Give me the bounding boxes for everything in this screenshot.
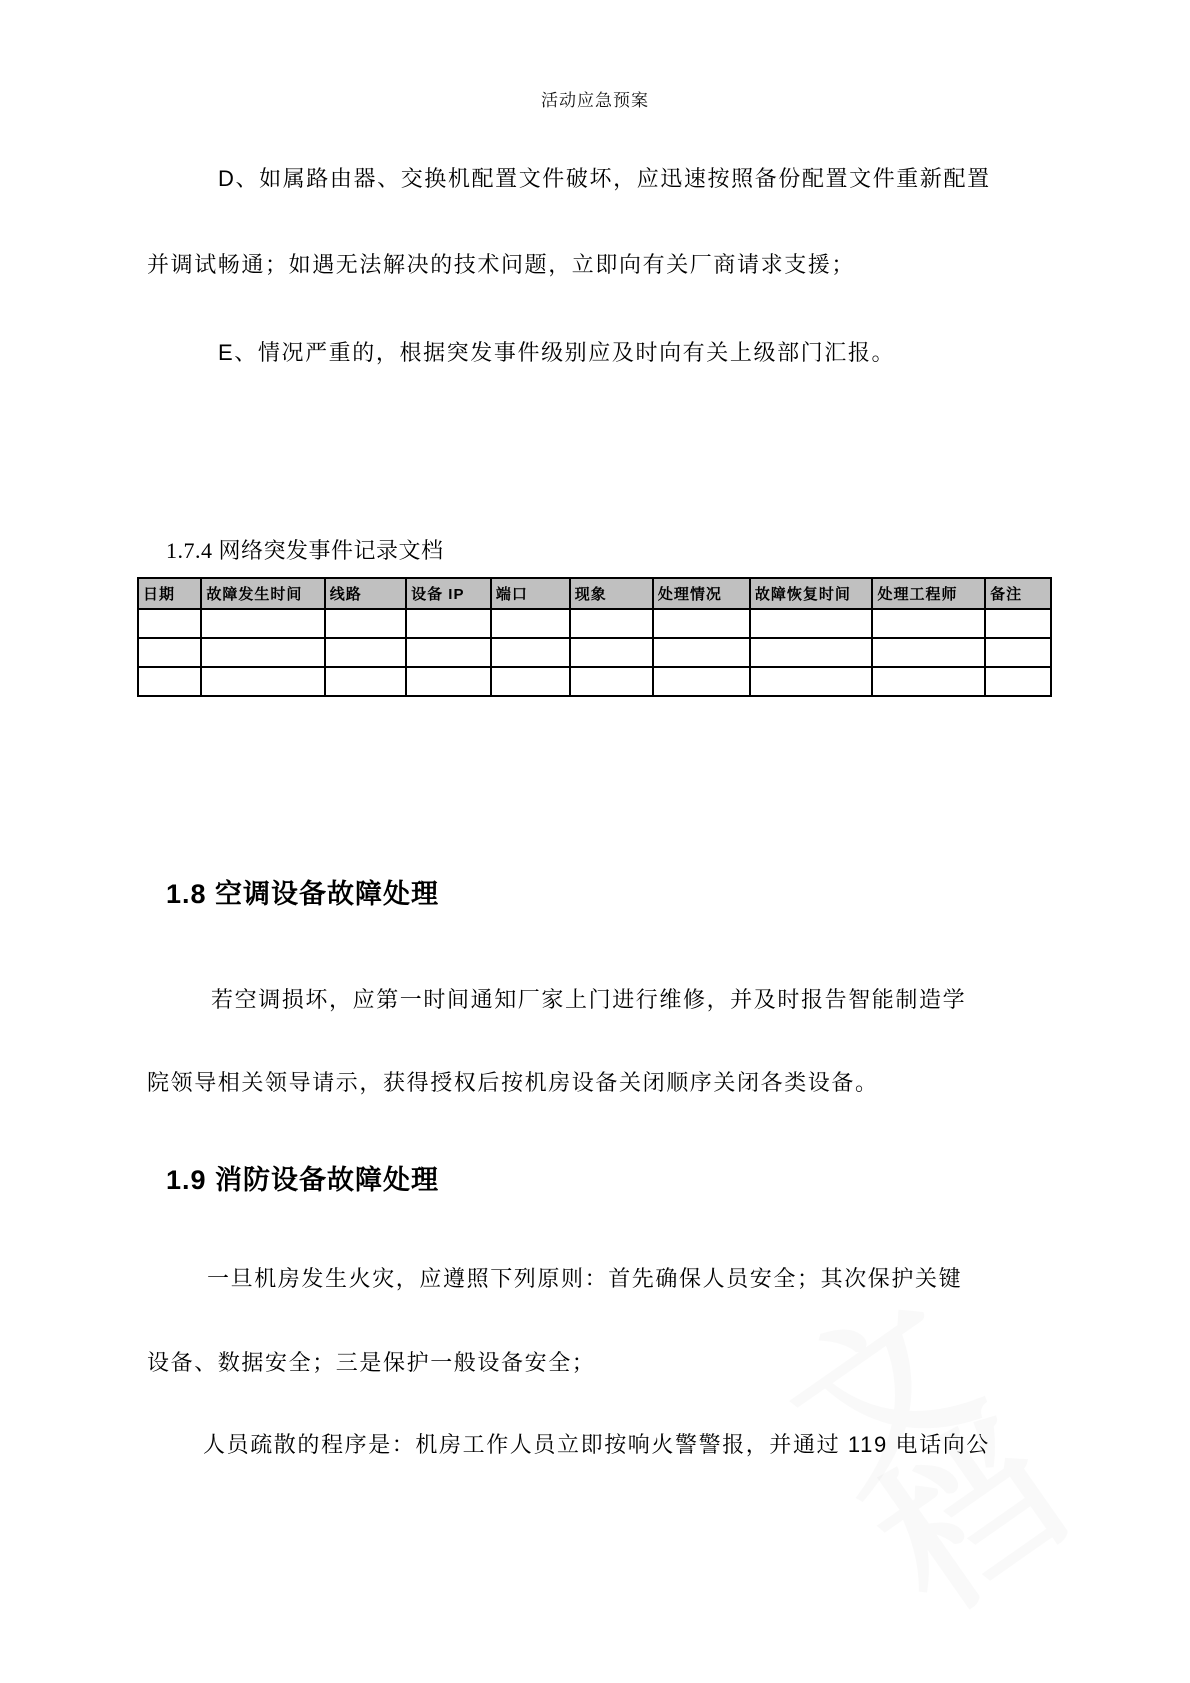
incident-empty-cell (872, 667, 985, 696)
section-1-8-line2: 院领导相关领导请示，获得授权后按机房设备关闭顺序关闭各类设备。 (147, 1066, 879, 1097)
incident-empty-cell (570, 667, 653, 696)
section-1-9-line3: 人员疏散的程序是：机房工作人员立即按响火警警报，并通过 119 电话向公 (203, 1428, 990, 1459)
incident-table-header-row: 日期故障发生时间线路设备 IP端口现象处理情况故障恢复时间处理工程师备注 (138, 578, 1051, 609)
incident-empty-cell (201, 667, 324, 696)
incident-empty-cell (491, 667, 570, 696)
incident-empty-cell (325, 667, 406, 696)
incident-empty-cell (985, 667, 1051, 696)
incident-empty-cell (406, 667, 491, 696)
incident-empty-cell (985, 638, 1051, 667)
incident-col-header: 处理工程师 (872, 578, 985, 609)
paragraph-d-line1: D、如属路由器、交换机配置文件破坏，应迅速按照备份配置文件重新配置 (218, 162, 991, 193)
incident-empty-cell (138, 667, 201, 696)
incident-col-header: 日期 (138, 578, 201, 609)
incident-empty-cell (201, 609, 324, 638)
incident-empty-cell (138, 638, 201, 667)
section-1-8-line1: 若空调损坏，应第一时间通知厂家上门进行维修，并及时报告智能制造学 (211, 983, 966, 1014)
incident-empty-cell (872, 638, 985, 667)
incident-empty-cell (653, 667, 750, 696)
incident-col-header: 现象 (570, 578, 653, 609)
incident-col-header: 故障恢复时间 (750, 578, 873, 609)
incident-empty-cell (750, 667, 873, 696)
incident-empty-row (138, 638, 1051, 667)
incident-empty-cell (406, 609, 491, 638)
incident-col-header: 故障发生时间 (201, 578, 324, 609)
paragraph-d-line2: 并调试畅通；如遇无法解决的技术问题，立即向有关厂商请求支援； (147, 248, 855, 279)
incident-empty-cell (750, 609, 873, 638)
section-1-9-title: 1.9 消防设备故障处理 (166, 1158, 439, 1197)
section-1-8-title: 1.8 空调设备故障处理 (166, 872, 439, 911)
incident-empty-row (138, 609, 1051, 638)
incident-empty-cell (491, 609, 570, 638)
incident-empty-cell (325, 609, 406, 638)
incident-empty-cell (138, 609, 201, 638)
section-1-9-line1: 一旦机房发生火灾，应遵照下列原则：首先确保人员安全；其次保护关键 (207, 1262, 962, 1293)
incident-empty-cell (750, 638, 873, 667)
incident-record-table: 日期故障发生时间线路设备 IP端口现象处理情况故障恢复时间处理工程师备注 (137, 577, 1052, 697)
incident-col-header: 备注 (985, 578, 1051, 609)
incident-empty-cell (201, 638, 324, 667)
incident-empty-cell (406, 638, 491, 667)
incident-empty-cell (325, 638, 406, 667)
incident-empty-cell (570, 609, 653, 638)
incident-col-header: 线路 (325, 578, 406, 609)
incident-empty-cell (872, 609, 985, 638)
section-1-7-4-title: 1.7.4 网络突发事件记录文档 (166, 534, 444, 565)
incident-empty-cell (491, 638, 570, 667)
incident-empty-cell (570, 638, 653, 667)
incident-col-header: 端口 (491, 578, 570, 609)
incident-col-header: 设备 IP (406, 578, 491, 609)
incident-empty-cell (653, 638, 750, 667)
incident-empty-cell (985, 609, 1051, 638)
incident-empty-row (138, 667, 1051, 696)
section-1-9-line2: 设备、数据安全；三是保护一般设备安全； (147, 1346, 595, 1377)
incident-empty-cell (653, 609, 750, 638)
incident-col-header: 处理情况 (653, 578, 750, 609)
document-page: 活动应急预案 D、如属路由器、交换机配置文件破坏，应迅速按照备份配置文件重新配置… (0, 0, 1190, 1683)
paragraph-e-line: E、情况严重的，根据突发事件级别应及时向有关上级部门汇报。 (218, 336, 895, 367)
page-header-title: 活动应急预案 (0, 86, 1190, 111)
